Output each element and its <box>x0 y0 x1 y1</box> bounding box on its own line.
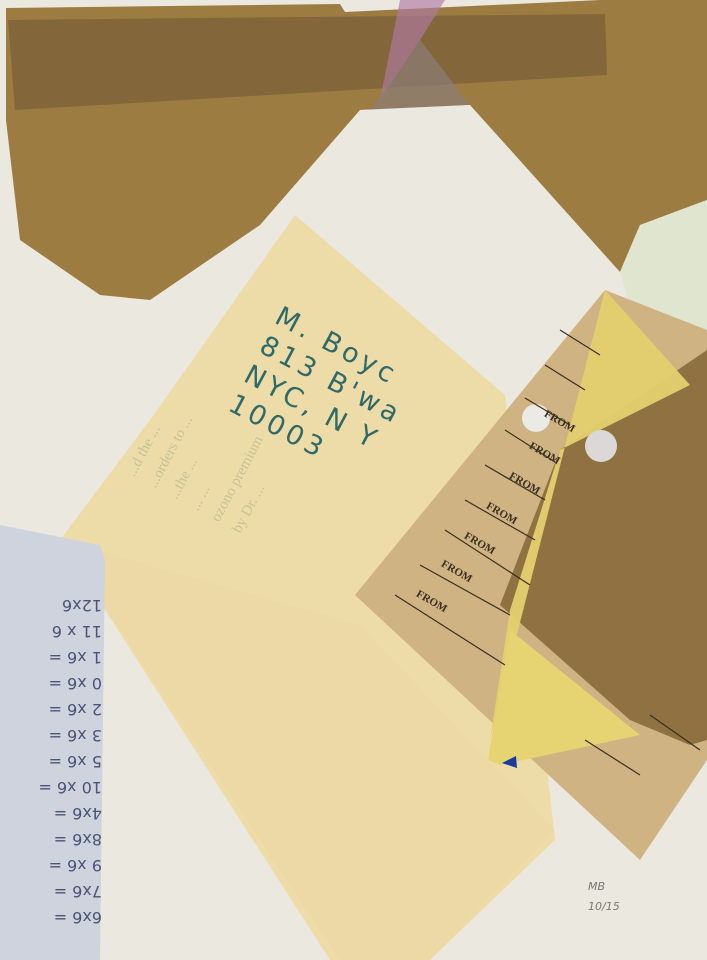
collage-shapes <box>0 0 707 960</box>
punch-hole <box>585 430 617 462</box>
punch-hole <box>522 404 550 432</box>
grey-paper <box>0 525 105 960</box>
collage-canvas: ...d the ... ...orders to ... ...the ...… <box>0 0 707 960</box>
